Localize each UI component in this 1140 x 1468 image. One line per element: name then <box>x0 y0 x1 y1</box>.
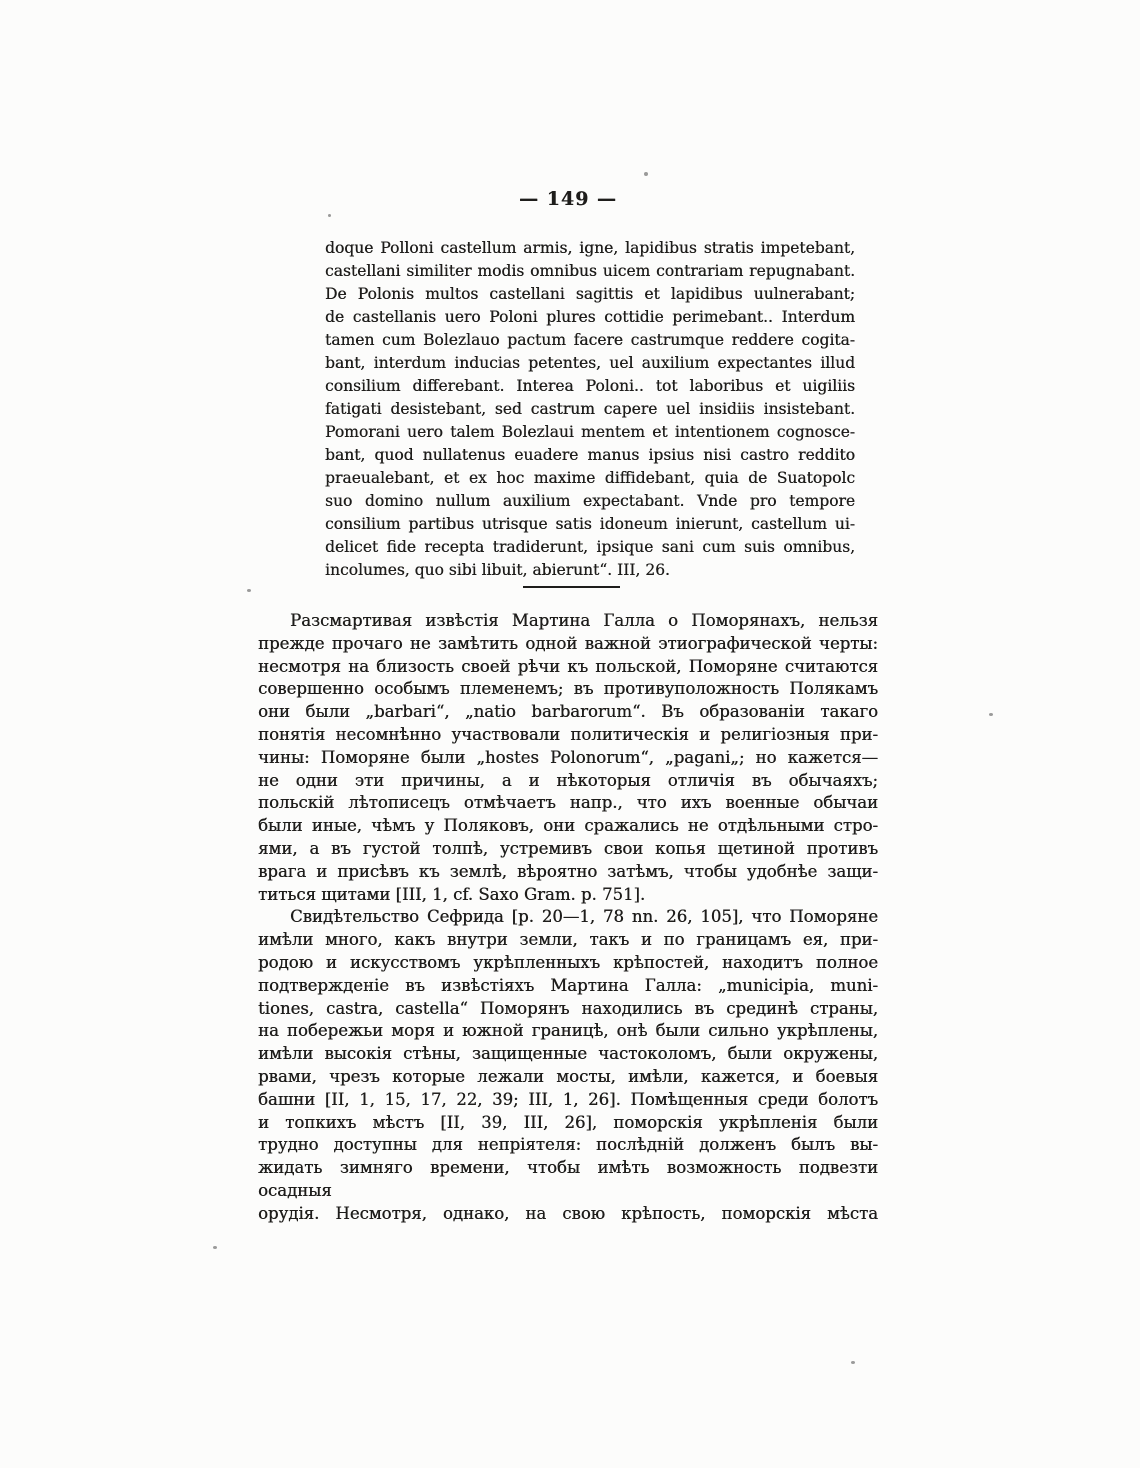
body-text: Разсмартивая извѣстія Мартина Галла о По… <box>258 610 878 1226</box>
text-line: fatigati desistebant, sed castrum capere… <box>325 398 855 421</box>
text-line: врага и присѣвъ къ землѣ, вѣроятно затѣм… <box>258 861 878 884</box>
text-line: De Polonis multos castellani sagittis et… <box>325 283 855 306</box>
scan-speck <box>247 589 251 592</box>
text-line: они были „barbari“, „natio barbarorum“. … <box>258 701 878 724</box>
scan-speck <box>851 1361 855 1364</box>
text-line: не одни эти причины, а и нѣкоторыя отлич… <box>258 770 878 793</box>
text-line: титься щитами [III, 1, cf. Saxo Gram. p.… <box>258 884 878 907</box>
text-line: castellani similiter modis omnibus uicem… <box>325 260 855 283</box>
text-line: башни [II, 1, 15, 17, 22, 39; III, 1, 26… <box>258 1089 878 1112</box>
text-line: чины: Поморяне были „hostes Polonorum“, … <box>258 747 878 770</box>
latin-quote-block: doque Polloni castellum armis, igne, lap… <box>325 237 855 582</box>
text-line: имѣли много, какъ внутри земли, такъ и п… <box>258 929 878 952</box>
text-line: Разсмартивая извѣстія Мартина Галла о По… <box>258 610 878 633</box>
text-line: bant, quod nullatenus euadere manus ipsi… <box>325 444 855 467</box>
text-line: рвами, чрезъ которые лежали мосты, имѣли… <box>258 1066 878 1089</box>
text-line: tamen cum Bolezlauo pactum facere castru… <box>325 329 855 352</box>
text-line: suo domino nullum auxilium expectabant. … <box>325 490 855 513</box>
text-line: польскій лѣтописецъ отмѣчаетъ напр., что… <box>258 792 878 815</box>
text-line: tiones, castra, castella“ Поморянъ наход… <box>258 998 878 1021</box>
text-line: имѣли высокія стѣны, защищенные частокол… <box>258 1043 878 1066</box>
text-line: трудно доступны для непріятеля: послѣдні… <box>258 1134 878 1157</box>
text-line: de castellanis uero Poloni plures cottid… <box>325 306 855 329</box>
text-line: ями, а въ густой толпѣ, устремивъ свои к… <box>258 838 878 861</box>
text-line: praeualebant, et ex hoc maxime diffideba… <box>325 467 855 490</box>
text-line: на побережьи моря и южной границѣ, онѣ б… <box>258 1020 878 1043</box>
text-line: consilium differebant. Interea Poloni.. … <box>325 375 855 398</box>
text-line: Свидѣтельство Сефрида [p. 20—1, 78 nn. 2… <box>258 906 878 929</box>
text-line: и топкихъ мѣстъ [II, 39, III, 26], помор… <box>258 1112 878 1135</box>
text-line: прежде прочаго не замѣтить одной важной … <box>258 633 878 656</box>
text-line: понятія несомнѣнно участвовали политичес… <box>258 724 878 747</box>
text-line: doque Polloni castellum armis, igne, lap… <box>325 237 855 260</box>
text-line: родою и искусствомъ укрѣпленныхъ крѣпост… <box>258 952 878 975</box>
page-number: — 149 — <box>258 188 878 210</box>
paragraph-pomeranians-ethnography: Разсмартивая извѣстія Мартина Галла о По… <box>258 610 878 906</box>
section-divider-rule <box>523 586 620 588</box>
scanned-book-page: — 149 — doque Polloni castellum armis, i… <box>0 0 1140 1468</box>
text-line: delicet fide recepta tradiderunt, ipsiqu… <box>325 536 855 559</box>
scan-speck <box>328 214 331 217</box>
text-line: bant, interdum inducias petentes, uel au… <box>325 352 855 375</box>
scan-speck <box>989 713 993 716</box>
text-line: consilium partibus utrisque satis idoneu… <box>325 513 855 536</box>
scan-speck <box>213 1246 217 1249</box>
text-line: incolumes, quo sibi libuit, abierunt“. I… <box>325 559 855 582</box>
text-line: были иные, чѣмъ у Поляковъ, они сражалис… <box>258 815 878 838</box>
text-line: орудія. Несмотря, однако, на свою крѣпос… <box>258 1203 878 1226</box>
text-line: Pomorani uero talem Bolezlaui mentem et … <box>325 421 855 444</box>
text-line: подтвержденіе въ извѣстіяхъ Мартина Галл… <box>258 975 878 998</box>
paragraph-sefrid-fortresses: Свидѣтельство Сефрида [p. 20—1, 78 nn. 2… <box>258 906 878 1225</box>
text-line: жидать зимняго времени, чтобы имѣть возм… <box>258 1157 878 1203</box>
scan-speck <box>644 172 648 176</box>
text-line: совершенно особымъ племенемъ; въ противу… <box>258 678 878 701</box>
text-line: несмотря на близость своей рѣчи къ польс… <box>258 656 878 679</box>
